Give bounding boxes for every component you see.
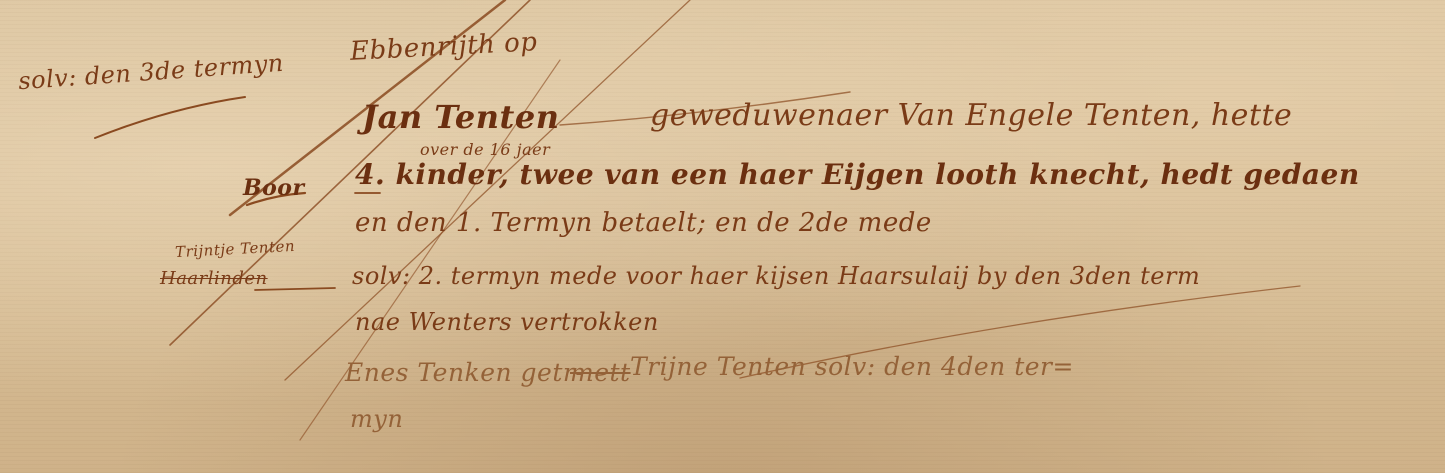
line-2-text: 4. kinder, twee van een haer Eijgen loot… [355,158,1360,191]
line-6b-struck-text: mett [570,358,631,387]
margin-note-struck-name: Haarlinden [160,268,268,289]
margin-note-boor: Boor [243,175,305,201]
line-1-text: geweduwenaer Van Engele Tenten, hette [650,98,1292,133]
line-4-text: solv: 2. termyn mede voor haer kijsen Ha… [352,262,1200,290]
line-7-text: myn [350,405,403,433]
line-5-text: nae Wenters vertrokken [355,308,659,336]
insertion-text: over de 16 jaer [420,140,550,159]
line-6a-text: Enes Tenken getr- [345,358,584,387]
line-3-text: en den 1. Termyn betaelt; en de 2de mede [355,208,932,238]
name-jan-tenten: Jan Tenten [362,98,559,136]
line-6c-text: Trijne Tenten solv: den 4den ter= [630,352,1074,381]
